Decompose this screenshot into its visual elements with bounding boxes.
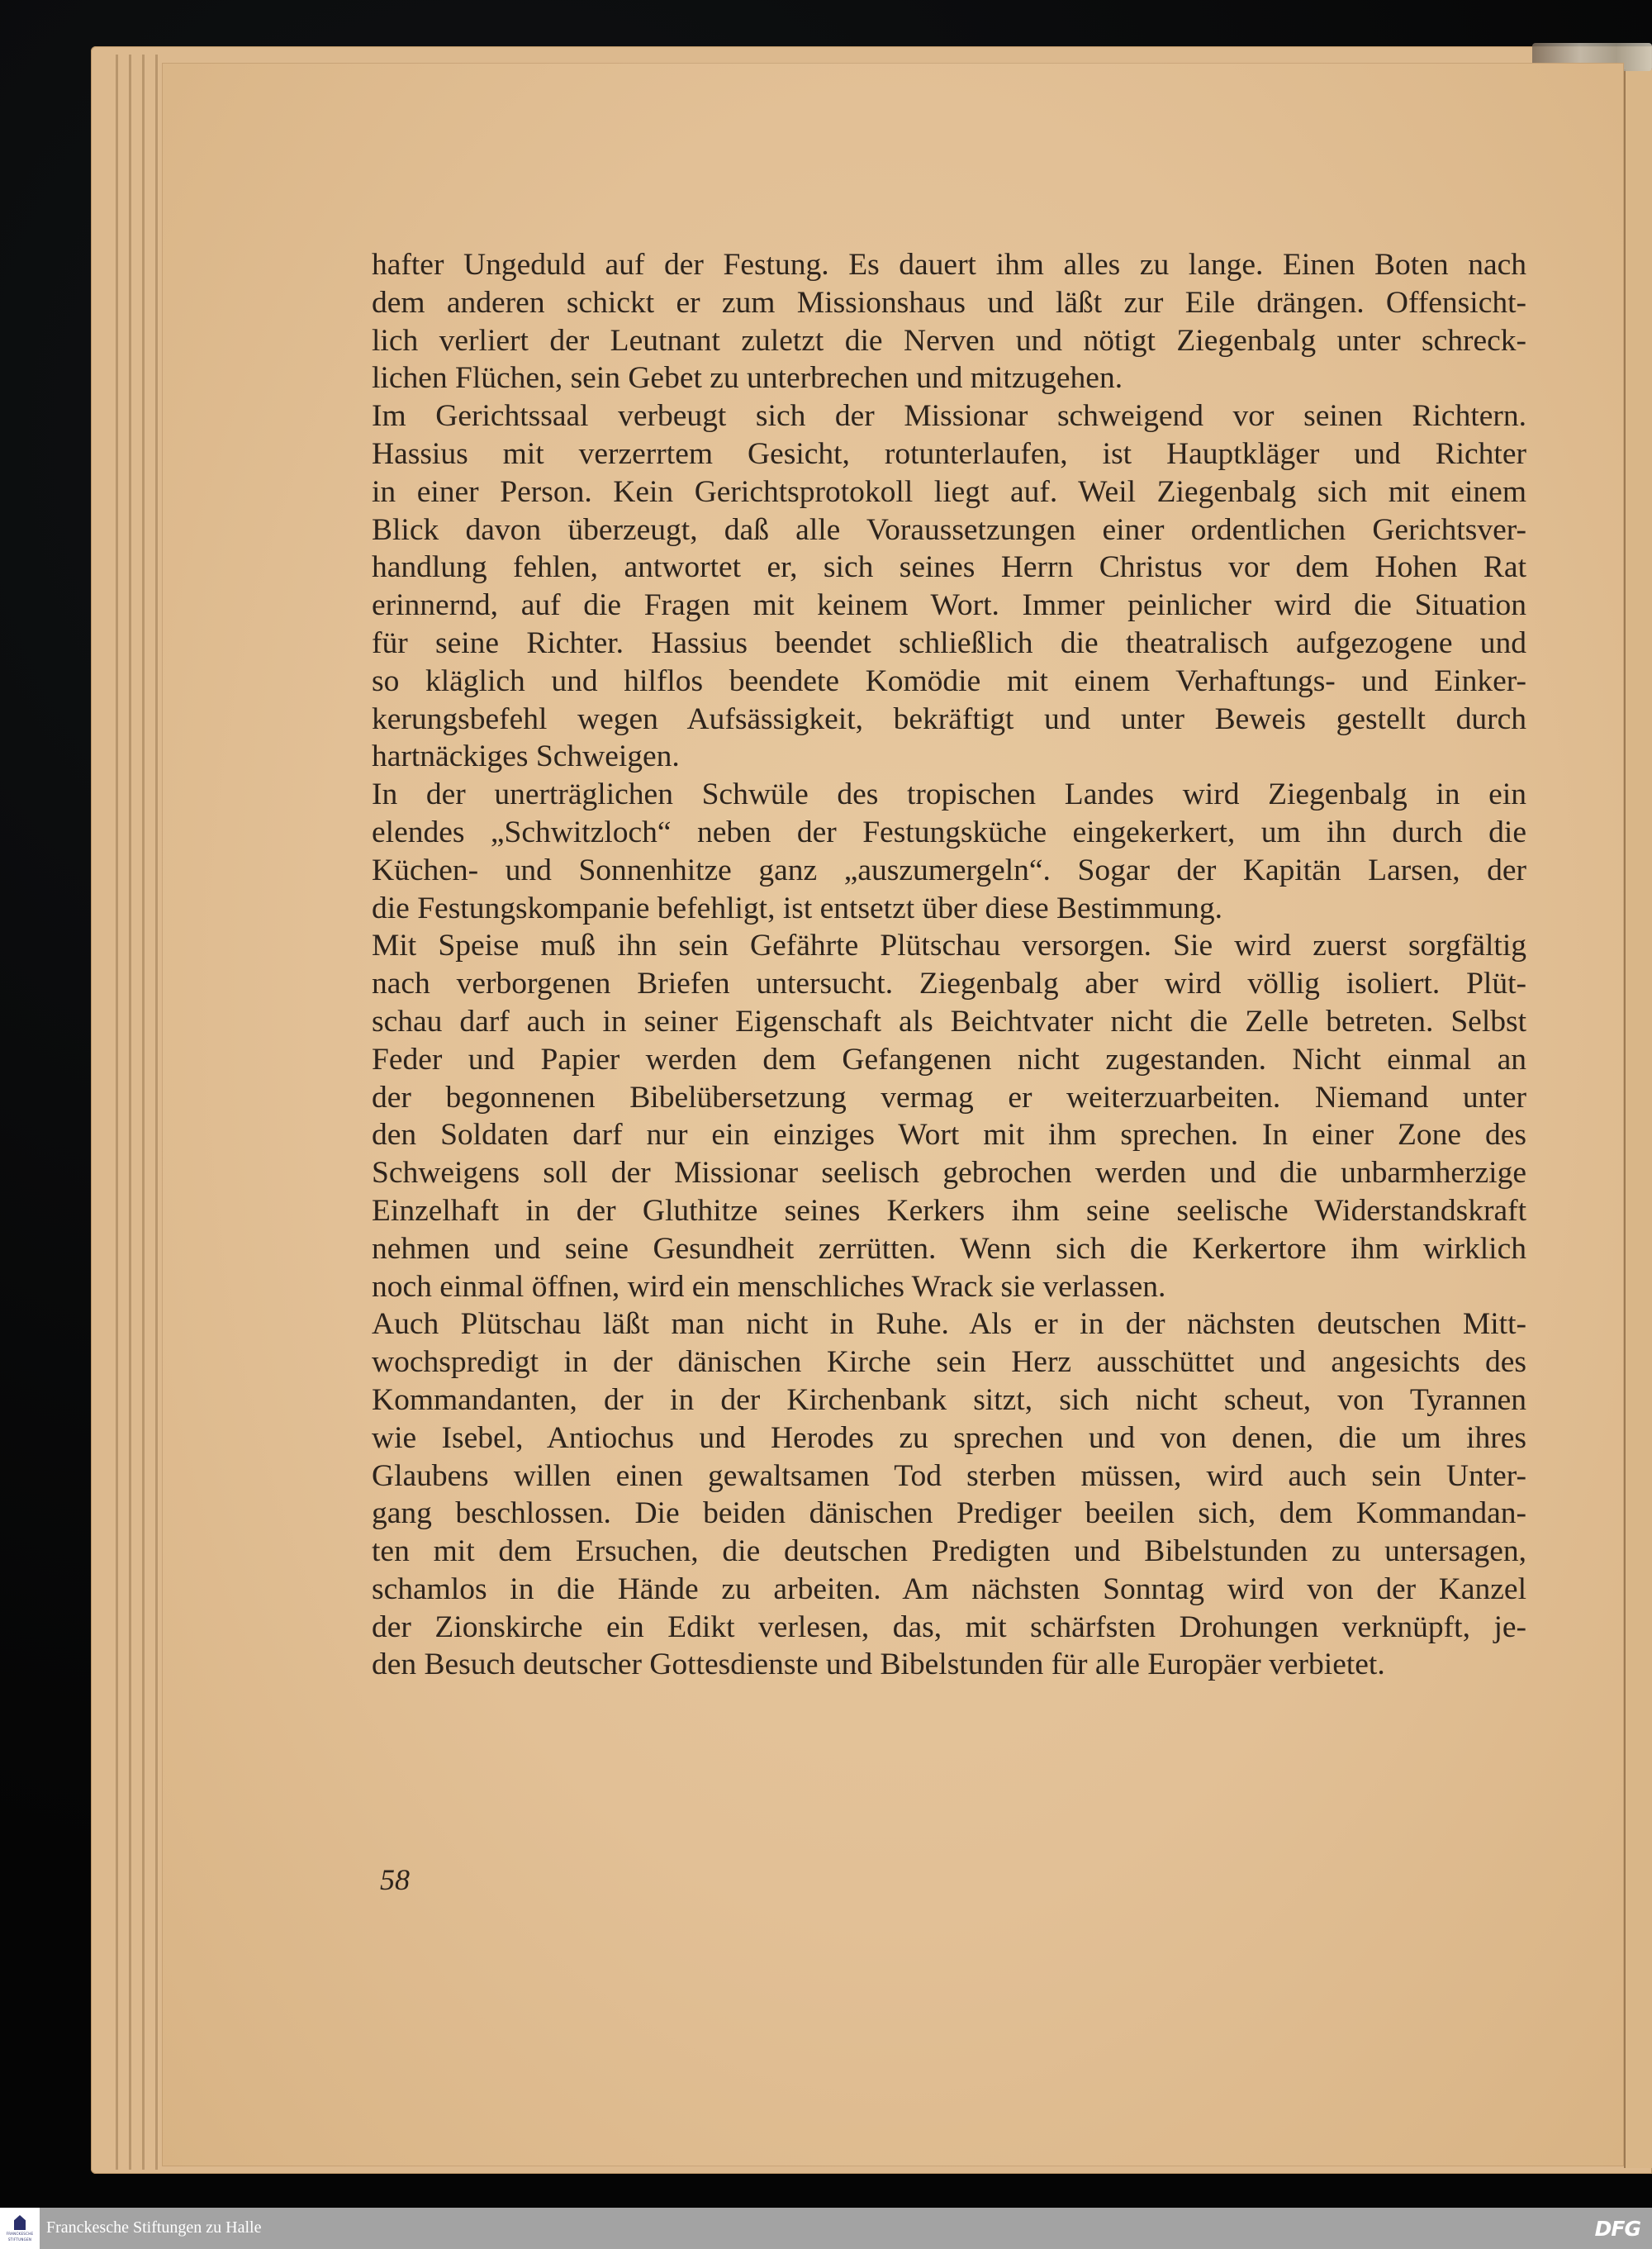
viewer-footer: FRANCKESCHE STIFTUNGEN Franckesche Stift… <box>0 2208 1652 2249</box>
text-line: elendes „Schwitzloch“ neben der Festungs… <box>372 814 1526 852</box>
text-line: lichen Flüchen, sein Gebet zu unterbrech… <box>372 359 1526 397</box>
text-line: hafter Ungeduld auf der Festung. Es daue… <box>372 246 1526 284</box>
page-number: 58 <box>380 1862 410 1897</box>
text-line: wie Isebel, Antiochus und Herodes zu spr… <box>372 1419 1526 1457</box>
text-line: Feder und Papier werden dem Gefangenen n… <box>372 1041 1526 1079</box>
text-line: schau darf auch in seiner Eigenschaft al… <box>372 1003 1526 1041</box>
text-line: nehmen und seine Gesundheit zerrütten. W… <box>372 1230 1526 1268</box>
text-line: Blick davon überzeugt, daß alle Vorausse… <box>372 511 1526 549</box>
text-line: kerungsbefehl wegen Aufsässigkeit, bekrä… <box>372 701 1526 739</box>
text-line: Schweigens soll der Missionar seelisch g… <box>372 1154 1526 1192</box>
text-line: in einer Person. Kein Gerichtsprotokoll … <box>372 473 1526 511</box>
text-line: für seine Richter. Hassius beendet schli… <box>372 625 1526 663</box>
text-line: ten mit dem Ersuchen, die deutschen Pred… <box>372 1533 1526 1571</box>
text-line: lich verliert der Leutnant zuletzt die N… <box>372 322 1526 360</box>
text-line: In der unerträglichen Schwüle des tropis… <box>372 776 1526 814</box>
text-line: der Zionskirche ein Edikt verlesen, das,… <box>372 1609 1526 1647</box>
text-line: die Festungskompanie befehligt, ist ents… <box>372 890 1526 928</box>
text-line: dem anderen schickt er zum Missionshaus … <box>372 284 1526 322</box>
text-line: Auch Plütschau läßt man nicht in Ruhe. A… <box>372 1305 1526 1343</box>
text-line: Hassius mit verzerrtem Gesicht, rotunter… <box>372 435 1526 473</box>
text-line: Glaubens willen einen gewaltsamen Tod st… <box>372 1457 1526 1495</box>
dfg-logo[interactable]: DFG <box>1595 2217 1640 2241</box>
scan-background: hafter Ungeduld auf der Festung. Es daue… <box>0 0 1652 2208</box>
text-line: den Besuch deutscher Gottesdienste und B… <box>372 1646 1526 1684</box>
text-line: noch einmal öffnen, wird ein menschliche… <box>372 1268 1526 1306</box>
text-line: den Soldaten darf nur ein einziges Wort … <box>372 1116 1526 1154</box>
text-line: Mit Speise muß ihn sein Gefährte Plütsch… <box>372 927 1526 965</box>
page-body-text: hafter Ungeduld auf der Festung. Es daue… <box>372 246 1526 1684</box>
text-line: so kläglich und hilflos beendete Komödie… <box>372 663 1526 701</box>
page-edge-line <box>116 55 118 2170</box>
text-line: wochspredigt in der dänischen Kirche sei… <box>372 1343 1526 1381</box>
logo-text-1: FRANCKESCHE <box>7 2232 34 2236</box>
logo-text-2: STIFTUNGEN <box>8 2237 31 2242</box>
text-line: Einzelhaft in der Gluthitze seines Kerke… <box>372 1192 1526 1230</box>
page-edge-line <box>142 55 145 2170</box>
text-line: erinnernd, auf die Fragen mit keinem Wor… <box>372 587 1526 625</box>
text-line: Im Gerichtssaal verbeugt sich der Missio… <box>372 397 1526 435</box>
institution-name: Franckesche Stiftungen zu Halle <box>46 2218 261 2237</box>
text-line: handlung fehlen, antwortet er, sich sein… <box>372 549 1526 587</box>
text-line: nach verborgenen Briefen untersucht. Zie… <box>372 965 1526 1003</box>
page-edge-line <box>155 55 158 2170</box>
text-line: gang beschlossen. Die beiden dänischen P… <box>372 1495 1526 1533</box>
page-edge-line <box>129 55 131 2170</box>
text-line: schamlos in die Hände zu arbeiten. Am nä… <box>372 1571 1526 1609</box>
book-gutter <box>1624 69 1652 2168</box>
institution-logo[interactable]: FRANCKESCHE STIFTUNGEN <box>0 2208 40 2249</box>
text-line: hartnäckiges Schweigen. <box>372 738 1526 776</box>
text-line: der begonnenen Bibelübersetzung vermag e… <box>372 1079 1526 1117</box>
building-logo-icon <box>14 2215 26 2230</box>
text-line: Kommandanten, der in der Kirchenbank sit… <box>372 1381 1526 1419</box>
text-line: Küchen- und Sonnenhitze ganz „auszumerge… <box>372 852 1526 890</box>
